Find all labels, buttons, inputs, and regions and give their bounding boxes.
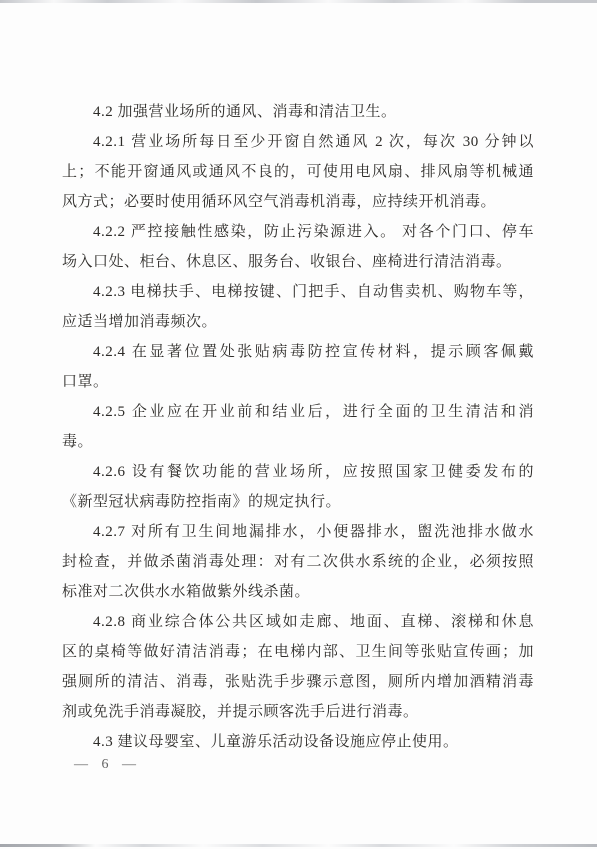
paragraph-4.2: 4.2 加强营业场所的通风、消毒和清洁卫生。 xyxy=(62,97,534,127)
text-line: 4.2.4 在显著位置处张贴病毒防控宣传材料，提示顾客佩戴 xyxy=(62,337,534,367)
text-line: 4.2.1 营业场所每日至少开窗自然通风 2 次，每次 30 分钟以 xyxy=(62,127,534,157)
text-line: 剂或免洗手消毒凝胶，并提示顾客洗手后进行消毒。 xyxy=(62,697,534,727)
text-line: 4.2.5 企业应在开业前和结业后，进行全面的卫生清洁和消 xyxy=(62,397,534,427)
text-line: 区的桌椅等做好清洁消毒；在电梯内部、卫生间等张贴宣传画；加 xyxy=(62,637,534,667)
paragraph-4.2.7: 4.2.7 对所有卫生间地漏排水，小便器排水，盥洗池排水做水封检查，并做杀菌消毒… xyxy=(62,517,534,607)
text-line: 4.2.8 商业综合体公共区域如走廊、地面、直梯、滚梯和休息 xyxy=(62,607,534,637)
paragraph-4.2.4: 4.2.4 在显著位置处张贴病毒防控宣传材料，提示顾客佩戴口罩。 xyxy=(62,337,534,397)
scan-edge-top xyxy=(0,0,597,3)
text-line: 4.2 加强营业场所的通风、消毒和清洁卫生。 xyxy=(62,97,534,127)
paragraph-4.2.3: 4.2.3 电梯扶手、电梯按键、门把手、自动售卖机、购物车等，应适当增加消毒频次… xyxy=(62,277,534,337)
document-body: 4.2 加强营业场所的通风、消毒和清洁卫生。4.2.1 营业场所每日至少开窗自然… xyxy=(62,97,534,757)
text-line: 毒。 xyxy=(62,427,534,457)
scan-edge-bottom xyxy=(0,844,597,847)
paragraph-4.2.6: 4.2.6 设有餐饮功能的营业场所，应按照国家卫健委发布的《新型冠状病毒防控指南… xyxy=(62,457,534,517)
text-line: 4.2.2 严控接触性感染，防止污染源进入。 对各个门口、停车 xyxy=(62,217,534,247)
text-line: 4.2.7 对所有卫生间地漏排水，小便器排水，盥洗池排水做水 xyxy=(62,517,534,547)
text-line: 强厕所的清洁、消毒，张贴洗手步骤示意图，厕所内增加酒精消毒 xyxy=(62,667,534,697)
text-line: 标准对二次供水水箱做紫外线杀菌。 xyxy=(62,577,534,607)
text-line: 《新型冠状病毒防控指南》的规定执行。 xyxy=(62,487,534,517)
paragraph-4.2.1: 4.2.1 营业场所每日至少开窗自然通风 2 次，每次 30 分钟以上；不能开窗… xyxy=(62,127,534,217)
text-line: 场入口处、柜台、休息区、服务台、收银台、座椅进行清洁消毒。 xyxy=(62,247,534,277)
text-line: 上；不能开窗通风或通风不良的，可使用电风扇、排风扇等机械通 xyxy=(62,157,534,187)
document-page: 4.2 加强营业场所的通风、消毒和清洁卫生。4.2.1 营业场所每日至少开窗自然… xyxy=(0,0,597,849)
text-line: 风方式；必要时使用循环风空气消毒机消毒，应持续开机消毒。 xyxy=(62,187,534,217)
text-line: 口罩。 xyxy=(62,367,534,397)
text-line: 应适当增加消毒频次。 xyxy=(62,307,534,337)
page-number: — 6 — xyxy=(74,752,137,778)
paragraph-4.2.5: 4.2.5 企业应在开业前和结业后，进行全面的卫生清洁和消毒。 xyxy=(62,397,534,457)
paragraph-4.2.2: 4.2.2 严控接触性感染，防止污染源进入。 对各个门口、停车场入口处、柜台、休… xyxy=(62,217,534,277)
text-line: 4.2.6 设有餐饮功能的营业场所，应按照国家卫健委发布的 xyxy=(62,457,534,487)
paragraph-4.2.8: 4.2.8 商业综合体公共区域如走廊、地面、直梯、滚梯和休息区的桌椅等做好清洁消… xyxy=(62,607,534,727)
text-line: 4.2.3 电梯扶手、电梯按键、门把手、自动售卖机、购物车等， xyxy=(62,277,534,307)
text-line: 封检查，并做杀菌消毒处理：对有二次供水系统的企业，必须按照 xyxy=(62,547,534,577)
